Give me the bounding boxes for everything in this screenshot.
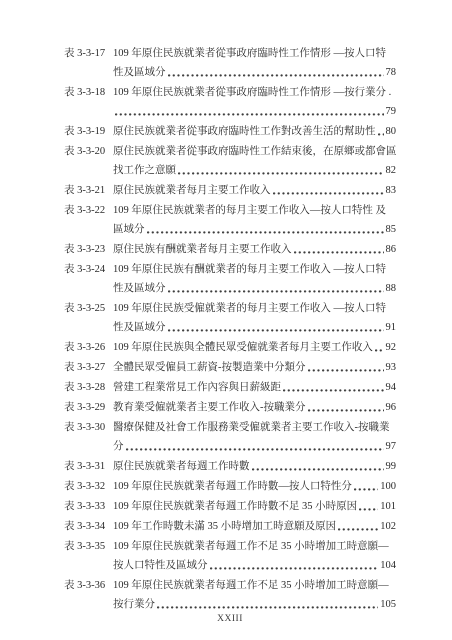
toc-entry-title: 109 年工作時數未滿 35 小時增加工時意願及原因 xyxy=(113,520,336,533)
toc-page-number: 88 xyxy=(386,282,397,295)
toc-entry-line: 表 3-3-18109 年原住民族就業者從事政府臨時性工作情形 —按行業分 . xyxy=(64,80,396,99)
toc-entry-title: 109 年原住民族就業者從事政府臨時性工作情形 —按行業分 . xyxy=(113,86,391,99)
toc-page-number: 99 xyxy=(386,460,397,473)
toc-entry-label: 表 3-3-23 xyxy=(64,243,113,256)
dot-leader xyxy=(378,133,384,136)
toc-page-number: 102 xyxy=(380,520,396,533)
toc-entry-line: 表 3-3-22109 年原住民族就業者的每月主要工作收入—按人口特性 及 xyxy=(64,198,396,217)
toc-entry-title: 原住民族有酬就業者每月主要工作收入 xyxy=(113,243,292,256)
toc-entry-title: 分 xyxy=(113,440,124,453)
toc-entry-line: 表 3-3-32109 年原住民族就業者每週工作時數—按人口特性分100 xyxy=(64,474,396,493)
toc-page-number: 104 xyxy=(380,559,396,572)
toc-entry-title: 區域分 xyxy=(113,223,145,236)
toc-entry: 表 3-3-20原住民族就業者從事政府臨時性工作結束後，在原鄉或都會區找工作之意… xyxy=(64,139,396,177)
dot-leader xyxy=(115,113,384,116)
toc-entry: 表 3-3-22109 年原住民族就業者的每月主要工作收入—按人口特性 及區域分… xyxy=(64,198,396,236)
toc-entry: 表 3-3-36109 年原住民族就業者每週工作不足 35 小時增加工時意願—按… xyxy=(64,573,396,611)
toc-entry-label: 表 3-3-19 xyxy=(64,125,113,138)
toc-page-number: 83 xyxy=(386,184,397,197)
dot-leader xyxy=(273,192,384,195)
toc-entry: 表 3-3-25109 年原住民族受僱就業者的每月主要工作收入 —按人口特性及區… xyxy=(64,296,396,334)
toc-entry: 表 3-3-23原住民族有酬就業者每月主要工作收入86 xyxy=(64,237,396,256)
toc-entry-title: 原住民族就業者每週工作時數 xyxy=(113,460,250,473)
toc-page-number: 101 xyxy=(380,500,396,513)
toc-entry-label: 表 3-3-35 xyxy=(64,540,113,553)
dot-leader xyxy=(147,231,384,234)
toc-entry-label: 表 3-3-30 xyxy=(64,421,113,434)
toc-entry-label: 表 3-3-32 xyxy=(64,480,113,493)
toc-entry-line: 表 3-3-17109 年原住民族就業者從事政府臨時性工作情形 —按人口特 xyxy=(64,41,396,60)
toc-entry-label: 表 3-3-26 xyxy=(64,341,113,354)
toc-entry: 表 3-3-35109 年原住民族就業者每週工作不足 35 小時增加工時意願—按… xyxy=(64,534,396,572)
toc-page-number: 82 xyxy=(386,164,397,177)
toc-entry: 表 3-3-21原住民族就業者每月主要工作收入83 xyxy=(64,178,396,197)
toc-entry-title: 醫療保健及社會工作服務業受僱就業者主要工作收入-按職業 xyxy=(113,421,390,434)
toc-page-number: 86 xyxy=(386,243,397,256)
toc-entry-label: 表 3-3-17 xyxy=(64,47,113,60)
toc-entry-label: 表 3-3-20 xyxy=(64,145,113,158)
toc-entry-line: 性及區域分88 xyxy=(64,276,396,295)
toc-entry-title: 營建工程業常見工作內容與日薪級距 xyxy=(113,381,281,394)
dot-leader xyxy=(178,172,384,175)
toc-page-number: 80 xyxy=(386,125,397,138)
dot-leader xyxy=(126,448,384,451)
dot-leader xyxy=(308,409,384,412)
toc-entry-line: 表 3-3-19原住民族就業者從事政府臨時性工作對改善生活的幫助性80 xyxy=(64,119,396,138)
toc-entry-title: 性及區域分 xyxy=(113,282,166,295)
toc-entry-line: 表 3-3-34109 年工作時數未滿 35 小時增加工時意願及原因102 xyxy=(64,514,396,533)
toc-entry: 表 3-3-17109 年原住民族就業者從事政府臨時性工作情形 —按人口特性及區… xyxy=(64,41,396,79)
dot-leader xyxy=(210,567,379,570)
toc-entry-label: 表 3-3-27 xyxy=(64,361,113,374)
dot-leader xyxy=(168,290,384,293)
dot-leader xyxy=(168,329,384,332)
dot-leader xyxy=(308,369,384,372)
toc-entry-label: 表 3-3-29 xyxy=(64,401,113,414)
toc-page-number: 96 xyxy=(386,401,397,414)
toc-entry-line: 表 3-3-21原住民族就業者每月主要工作收入83 xyxy=(64,178,396,197)
toc-entry-title: 原住民族就業者從事政府臨時性工作結束後，在原鄉或都會區 xyxy=(113,145,397,158)
dot-leader xyxy=(283,389,384,392)
toc-page-number: 100 xyxy=(380,480,396,493)
toc-entry-line: 表 3-3-28營建工程業常見工作內容與日薪級距94 xyxy=(64,375,396,394)
toc-entry-label: 表 3-3-18 xyxy=(64,86,113,99)
toc-entry-line: 表 3-3-35109 年原住民族就業者每週工作不足 35 小時增加工時意願— xyxy=(64,534,396,553)
toc-entry: 表 3-3-28營建工程業常見工作內容與日薪級距94 xyxy=(64,375,396,394)
document-page: 表 3-3-17109 年原住民族就業者從事政府臨時性工作情形 —按人口特性及區… xyxy=(0,0,452,640)
dot-leader xyxy=(168,74,384,77)
toc-entry-title: 按人口特性及區域分 xyxy=(113,559,208,572)
toc-entry-line: 表 3-3-26109 年原住民族與全體民眾受僱就業者每月主要工作收入92 xyxy=(64,335,396,354)
toc-page-number: 91 xyxy=(386,321,397,334)
toc-entry-line: 區域分85 xyxy=(64,217,396,236)
dot-leader xyxy=(157,606,378,609)
toc-entry: 表 3-3-24109 年原住民族有酬就業者的每月主要工作收入 —按人口特性及區… xyxy=(64,257,396,295)
toc-entry: 表 3-3-18109 年原住民族就業者從事政府臨時性工作情形 —按行業分 .7… xyxy=(64,80,396,118)
dot-leader xyxy=(354,488,378,491)
toc-page-number: 105 xyxy=(380,598,396,611)
toc-entry-line: 找工作之意願82 xyxy=(64,158,396,177)
toc-entry-line: 性及區域分78 xyxy=(64,60,396,79)
toc-entry-label: 表 3-3-31 xyxy=(64,460,113,473)
toc-entry-label: 表 3-3-28 xyxy=(64,381,113,394)
toc-entry: 表 3-3-30醫療保健及社會工作服務業受僱就業者主要工作收入-按職業分97 xyxy=(64,415,396,453)
toc-entry: 表 3-3-19原住民族就業者從事政府臨時性工作對改善生活的幫助性80 xyxy=(64,119,396,138)
toc-entry-line: 表 3-3-27全體民眾受僱員工薪資-按製造業中分類分93 xyxy=(64,355,396,374)
toc-entry-title: 109 年原住民族就業者每週工作不足 35 小時增加工時意願— xyxy=(113,579,389,592)
toc-entry-title: 109 年原住民族受僱就業者的每月主要工作收入 —按人口特 xyxy=(113,302,386,315)
toc-list: 表 3-3-17109 年原住民族就業者從事政府臨時性工作情形 —按人口特性及區… xyxy=(64,41,396,611)
toc-entry-line: 表 3-3-20原住民族就業者從事政府臨時性工作結束後，在原鄉或都會區 xyxy=(64,139,396,158)
toc-entry-title: 原住民族就業者每月主要工作收入 xyxy=(113,184,271,197)
toc-entry-label: 表 3-3-22 xyxy=(64,204,113,217)
toc-page-number: 79 xyxy=(386,105,397,118)
toc-page-number: 78 xyxy=(386,66,397,79)
toc-entry-line: 表 3-3-23原住民族有酬就業者每月主要工作收入86 xyxy=(64,237,396,256)
toc-entry-label: 表 3-3-33 xyxy=(64,500,113,513)
toc-entry-label: 表 3-3-25 xyxy=(64,302,113,315)
toc-entry-label: 表 3-3-36 xyxy=(64,579,113,592)
toc-entry-line: 表 3-3-29教育業受僱就業者主要工作收入-按職業分96 xyxy=(64,395,396,414)
toc-page-number: 97 xyxy=(386,440,397,453)
toc-entry-title: 原住民族就業者從事政府臨時性工作對改善生活的幫助性 xyxy=(113,125,376,138)
toc-page-number: 93 xyxy=(386,361,397,374)
page-footer-number: XXIII xyxy=(64,614,396,624)
toc-entry-line: 表 3-3-25109 年原住民族受僱就業者的每月主要工作收入 —按人口特 xyxy=(64,296,396,315)
toc-page-number: 94 xyxy=(386,381,397,394)
toc-page-number: 92 xyxy=(386,341,397,354)
dot-leader xyxy=(338,528,378,531)
toc-entry-line: 表 3-3-24109 年原住民族有酬就業者的每月主要工作收入 —按人口特 xyxy=(64,257,396,276)
toc-page-number: 85 xyxy=(386,223,397,236)
toc-entry-line: 表 3-3-31原住民族就業者每週工作時數99 xyxy=(64,454,396,473)
toc-entry-title: 性及區域分 xyxy=(113,321,166,334)
toc-entry-line: 表 3-3-30醫療保健及社會工作服務業受僱就業者主要工作收入-按職業 xyxy=(64,415,396,434)
toc-entry-title: 109 年原住民族就業者從事政府臨時性工作情形 —按人口特 xyxy=(113,47,386,60)
toc-entry-title: 按行業分 xyxy=(113,598,155,611)
toc-entry-line: 性及區域分91 xyxy=(64,315,396,334)
toc-entry-title: 全體民眾受僱員工薪資-按製造業中分類分 xyxy=(113,361,306,374)
toc-entry-line: 表 3-3-33109 年原住民族就業者每週工作時數不足 35 小時原因101 xyxy=(64,494,396,513)
toc-entry: 表 3-3-31原住民族就業者每週工作時數99 xyxy=(64,454,396,473)
toc-entry: 表 3-3-32109 年原住民族就業者每週工作時數—按人口特性分100 xyxy=(64,474,396,493)
toc-entry-title: 109 年原住民族就業者每週工作時數—按人口特性分 xyxy=(113,480,352,493)
toc-entry: 表 3-3-26109 年原住民族與全體民眾受僱就業者每月主要工作收入92 xyxy=(64,335,396,354)
toc-entry: 表 3-3-27全體民眾受僱員工薪資-按製造業中分類分93 xyxy=(64,355,396,374)
toc-entry: 表 3-3-33109 年原住民族就業者每週工作時數不足 35 小時原因101 xyxy=(64,494,396,513)
toc-entry-title: 109 年原住民族就業者的每月主要工作收入—按人口特性 及 xyxy=(113,204,386,217)
toc-entry-line: 表 3-3-36109 年原住民族就業者每週工作不足 35 小時增加工時意願— xyxy=(64,573,396,592)
toc-entry-line: 79 xyxy=(64,99,396,118)
toc-entry-line: 按行業分105 xyxy=(64,592,396,611)
toc-entry-label: 表 3-3-24 xyxy=(64,263,113,276)
toc-entry-label: 表 3-3-21 xyxy=(64,184,113,197)
toc-entry-title: 109 年原住民族就業者每週工作不足 35 小時增加工時意願— xyxy=(113,540,389,553)
dot-leader xyxy=(359,508,378,511)
toc-entry-title: 109 年原住民族有酬就業者的每月主要工作收入 —按人口特 xyxy=(113,263,386,276)
dot-leader xyxy=(375,349,384,352)
toc-entry: 表 3-3-29教育業受僱就業者主要工作收入-按職業分96 xyxy=(64,395,396,414)
dot-leader xyxy=(294,251,384,254)
dot-leader xyxy=(252,468,384,471)
toc-entry-title: 教育業受僱就業者主要工作收入-按職業分 xyxy=(113,401,306,414)
toc-entry-label: 表 3-3-34 xyxy=(64,520,113,533)
toc-entry-title: 性及區域分 xyxy=(113,66,166,79)
toc-entry-title: 找工作之意願 xyxy=(113,164,176,177)
toc-entry: 表 3-3-34109 年工作時數未滿 35 小時增加工時意願及原因102 xyxy=(64,514,396,533)
toc-entry-title: 109 年原住民族就業者每週工作時數不足 35 小時原因 xyxy=(113,500,357,513)
toc-entry-line: 分97 xyxy=(64,434,396,453)
toc-entry-title: 109 年原住民族與全體民眾受僱就業者每月主要工作收入 xyxy=(113,341,373,354)
toc-entry-line: 按人口特性及區域分104 xyxy=(64,553,396,572)
